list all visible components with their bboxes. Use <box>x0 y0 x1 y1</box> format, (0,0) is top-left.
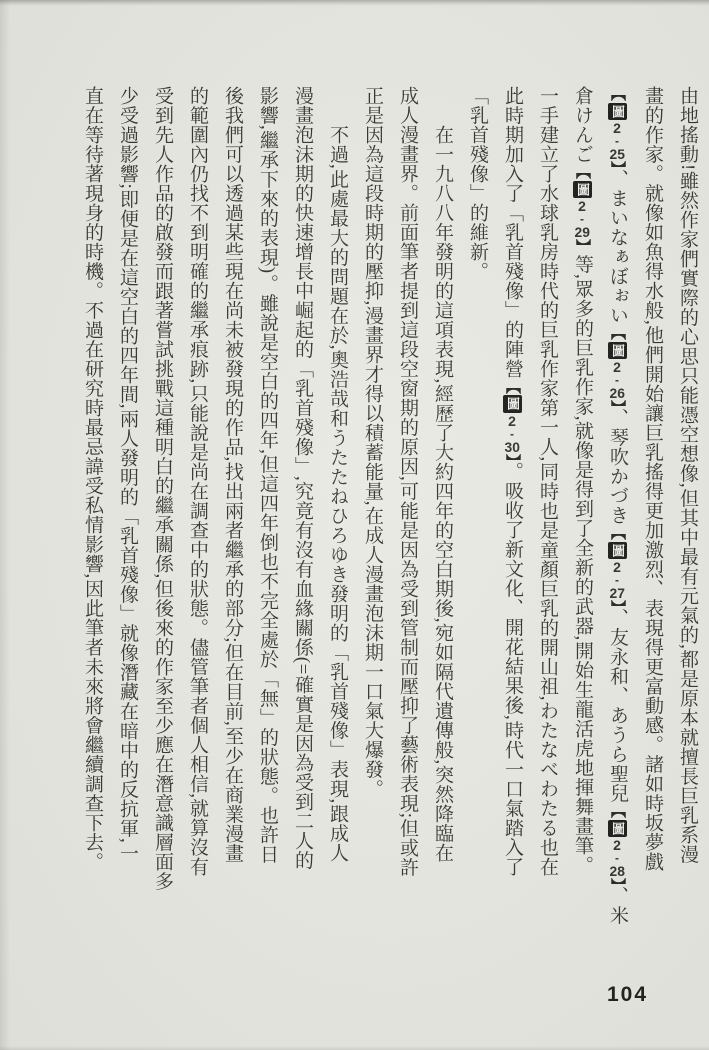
page-bottom-edge <box>0 1046 709 1050</box>
text-column: 倉けんご【圖2-29】等,眾多的巨乳作家,就像是得到了全新的武器,開始生龍活虎地… <box>573 86 592 946</box>
text-column: 由地搖動!雖然作家們實際的心思只能憑空想像,但其中最有元氣的,都是原本就擅長巨乳… <box>678 86 697 946</box>
page-top-edge <box>0 0 709 6</box>
page-number: 104 <box>607 983 648 1007</box>
text-column: 受到先人作品的啟發而跟著嘗試挑戰這種明白的繼承關係,但後來的作家至少應在潛意識層… <box>153 86 172 946</box>
text-column: 後我們可以透過某些現在尚未被發現的作品,找出兩者繼承的部分;但在目前,至少在商業… <box>223 86 242 946</box>
figure-box-icon: 圖 <box>503 395 522 413</box>
figure-chapter-number: 2 <box>574 199 590 213</box>
figure-reference: 【圖2-25】 <box>607 86 628 169</box>
figure-chapter-number: 2 <box>504 414 520 428</box>
text-column: 的範圍內仍找不到明確的繼承痕跡,只能說是尚在調查中的狀態。儘管筆者個人相信,就算… <box>188 86 207 946</box>
figure-reference: 【圖2-27】 <box>607 525 628 608</box>
text-column: 正是因為這段時期的壓抑,漫畫界才得以積蓄能量,在成人漫畫泡沫期一口氣大爆發。 <box>363 86 382 946</box>
text-column: 漫畫泡沫期的快速增長中崛起的「乳首殘像」,究竟有沒有血緣關係(=確實是因為受到二… <box>293 86 312 946</box>
text-column: 畫的作家。就像如魚得水般,他們開始讓巨乳搖得更加激烈、表現得更富動感。諸如時坂夢… <box>643 86 662 946</box>
figure-number-dash: - <box>610 852 624 864</box>
figure-chapter-number: 2 <box>609 121 625 135</box>
figure-number-dash: - <box>505 428 519 440</box>
bracket-close: 】 <box>504 454 521 462</box>
bracket-open: 【 <box>609 325 626 341</box>
figure-box-icon: 圖 <box>608 342 627 360</box>
bracket-open: 【 <box>609 86 626 102</box>
figure-box-icon: 圖 <box>608 103 627 121</box>
bracket-open: 【 <box>504 379 521 395</box>
text-column: 少受過影響;即便是在這空白的四年間,兩人發明的「乳首殘像」就像潛藏在暗中的反抗軍… <box>118 86 137 946</box>
figure-number: 27 <box>609 586 625 600</box>
text-column: 【圖2-25】、まいなぁぼぉい【圖2-26】、琴吹かづき【圖2-27】、友永和、… <box>608 86 627 946</box>
figure-number-dash: - <box>610 135 624 147</box>
figure-reference: 【圖2-30】 <box>502 379 523 462</box>
figure-box-icon: 圖 <box>608 542 627 560</box>
figure-chapter-number: 2 <box>609 838 625 852</box>
figure-number: 25 <box>609 147 625 161</box>
figure-reference: 【圖2-29】 <box>572 164 593 255</box>
figure-reference: 【圖2-26】 <box>607 325 628 408</box>
page-left-edge <box>0 0 10 1050</box>
figure-number: 30 <box>504 440 520 454</box>
bracket-open: 【 <box>574 164 591 180</box>
text-column: 不過,此處最大的問題在於,奧浩哉和うたたねひろゆき發明的「乳首殘像」表現,跟成人 <box>328 86 347 946</box>
text-column: 直在等待著現身的時機。不過在研究時最忌諱受私情影響,因此筆者未來將會繼續調查下去… <box>83 86 102 946</box>
bracket-open: 【 <box>609 803 626 819</box>
text-column: 成人漫畫界。前面筆者提到這段空窗期的原因,可能是因為受到管制而壓抑了藝術表現;但… <box>398 86 417 946</box>
figure-reference: 【圖2-28】 <box>607 803 628 886</box>
figure-box-icon: 圖 <box>573 181 592 199</box>
figure-number-dash: - <box>610 374 624 386</box>
text-column: 影響,繼承下來的表現)。雖說是空白的四年,但這四年倒也不完全處於「無」的狀態。也… <box>258 86 277 946</box>
text-column: 一手建立了水球乳房時代的巨乳作家第一人,同時也是童顏巨乳的開山祖,わたなべわたる… <box>538 86 557 946</box>
figure-number: 28 <box>609 864 625 878</box>
bracket-open: 【 <box>609 525 626 541</box>
bracket-close: 】 <box>574 239 591 255</box>
text-block: 由地搖動!雖然作家們實際的心思只能憑空想像,但其中最有元氣的,都是原本就擅長巨乳… <box>67 86 697 946</box>
figure-number: 29 <box>574 225 590 239</box>
figure-number: 26 <box>609 386 625 400</box>
bracket-close: 】 <box>609 400 626 408</box>
bracket-close: 】 <box>609 878 626 886</box>
text-column: 在一九八八年發明的這項表現,經歷了大約四年的空白期後,宛如隔代遺傳般,突然降臨在 <box>433 86 452 946</box>
text-column: 「乳首殘像」的維新。 <box>468 86 487 946</box>
bracket-close: 】 <box>609 600 626 608</box>
figure-number-dash: - <box>610 574 624 586</box>
figure-chapter-number: 2 <box>609 360 625 374</box>
figure-number-dash: - <box>575 213 589 225</box>
figure-chapter-number: 2 <box>609 560 625 574</box>
figure-box-icon: 圖 <box>608 820 627 838</box>
text-column: 此時期加入了「乳首殘像」的陣營【圖2-30】。吸收了新文化、開花結果後,時代一口… <box>503 86 522 946</box>
bracket-close: 】 <box>609 161 626 169</box>
